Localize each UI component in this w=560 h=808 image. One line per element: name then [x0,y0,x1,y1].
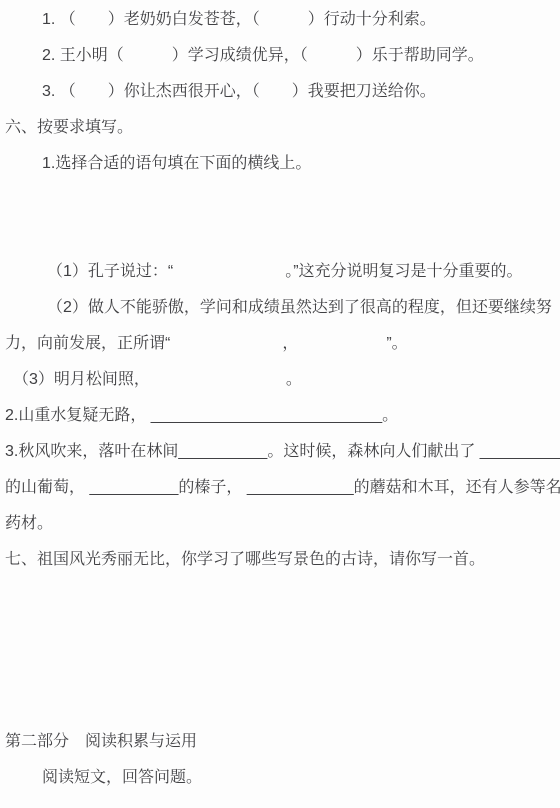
conjunction-item-1: 1. （ ）老奶奶白发苍苍，（ ）行动十分利索。 [5,2,560,38]
phrase-row-1: 温故而知新百尺竿头人无完人习相远 [5,182,560,218]
conjunction-item-3: 3. （ ）你让杰西很开心，（ ）我要把刀送给你。 [5,74,560,110]
q1-instruction: 1.选择合适的语句填在下面的横线上。 [5,146,560,182]
section-six-heading: 六、按要求填写。 [5,110,560,146]
section-seven-heading: 七、祖国风光秀丽无比，你学习了哪些写景色的古诗，请你写一首。 [5,542,560,578]
q1-sub-question-1: （1）孔子说过：“ 。”这充分说明复习是十分重要的。 [5,254,560,290]
answer-writing-space [5,578,560,724]
q1-sub-question-3: （3）明月松间照， 。 [5,362,560,398]
part2-instruction: 阅读短文，回答问题。 [5,760,560,796]
conjunction-item-2: 2. 王小明（ ）学习成绩优异，（ ）乐于帮助同学。 [5,38,560,74]
q2-poem-fill: 2.山重水复疑无路， __________________________。 [5,398,560,434]
worksheet-page: 1. （ ）老奶奶白发苍苍，（ ）行动十分利索。 2. 王小明（ ）学习成绩优异… [0,0,560,808]
q1-sub-question-2-line-1: （2）做人不能骄傲，学问和成绩虽然达到了很高的程度，但还要继续努 [5,290,560,326]
q3-line-2: 的山葡萄， __________的榛子， ____________的蘑菇和木耳，… [5,470,560,506]
q1-sub-question-2-line-2: 力，向前发展，正所谓“ ， ”。 [5,326,560,362]
part2-heading: 第二部分 阅读积累与运用 [5,724,560,760]
q3-line-3: 药材。 [5,506,560,542]
phrase-row-2: 清泉石上流亲师友更进一步子不学 [5,218,560,254]
q3-line-1: 3.秋风吹来，落叶在林间__________。这时候，森林向人们献出了 ____… [5,434,560,470]
